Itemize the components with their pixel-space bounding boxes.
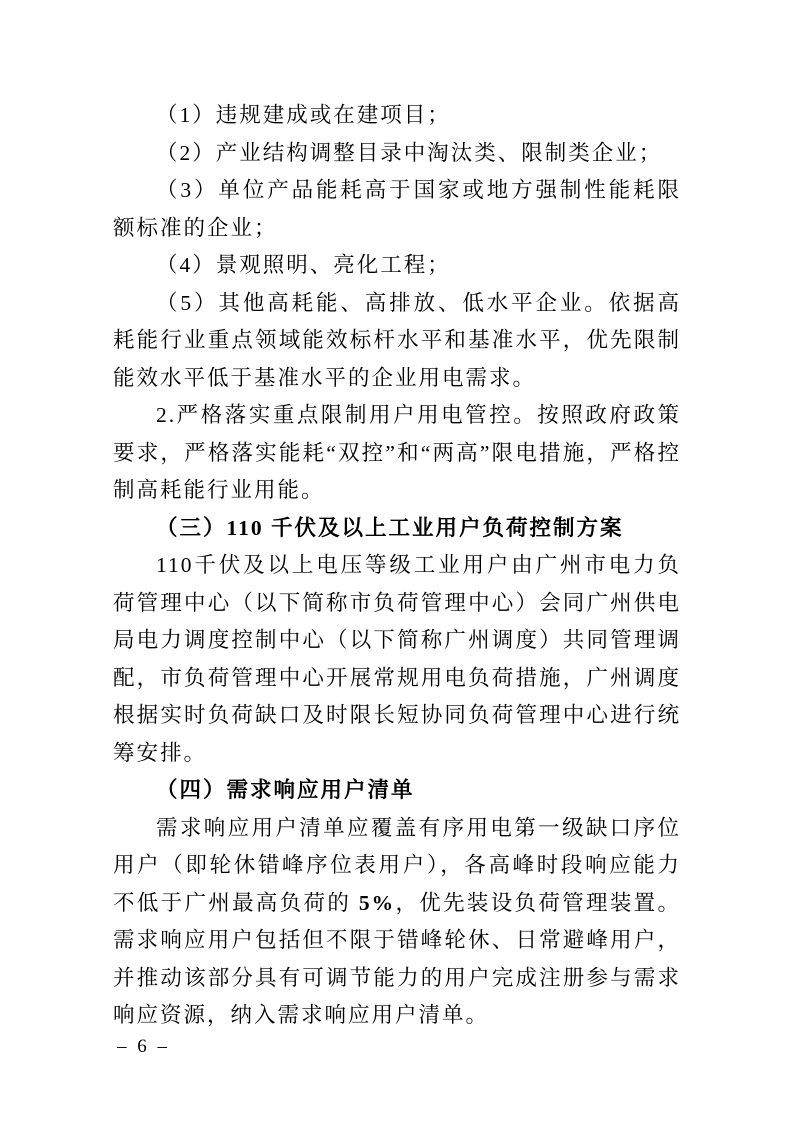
paragraph: 2.严格落实重点限制用户用电管控。按照政府政策要求，严格落实能耗“双控”和“两高… xyxy=(113,397,681,510)
text-run: （2）产业结构调整目录中淘汰类、限制类企业； xyxy=(156,141,662,165)
text-run: （5）其他高耗能、高排放、低水平企业。依据高耗能行业重点领域能效标杆水平和基准水… xyxy=(113,291,681,390)
text-run: （三）110 千伏及以上工业用户负荷控制方案 xyxy=(156,516,623,540)
paragraph: （5）其他高耗能、高排放、低水平企业。依据高耗能行业重点领域能效标杆水平和基准水… xyxy=(113,285,681,398)
emphasis-text: 5% xyxy=(359,891,395,915)
paragraph: 110千伏及以上电压等级工业用户由广州市电力负荷管理中心（以下简称市负荷管理中心… xyxy=(113,547,681,772)
text-run: 110千伏及以上电压等级工业用户由广州市电力负荷管理中心（以下简称市负荷管理中心… xyxy=(113,553,681,765)
document-body: （1）违规建成或在建项目；（2）产业结构调整目录中淘汰类、限制类企业；（3）单位… xyxy=(113,97,681,1035)
text-run: （4）景观照明、亮化工程； xyxy=(156,253,451,277)
paragraph: 需求响应用户清单应覆盖有序用电第一级缺口序位用户（即轮休错峰序位表用户），各高峰… xyxy=(113,810,681,1035)
document-page: （1）违规建成或在建项目；（2）产业结构调整目录中淘汰类、限制类企业；（3）单位… xyxy=(0,0,793,1122)
paragraph: （1）违规建成或在建项目； xyxy=(113,97,681,135)
section-heading: （三）110 千伏及以上工业用户负荷控制方案 xyxy=(113,510,681,548)
page-number: – 6 – xyxy=(117,1036,170,1058)
paragraph: （3）单位产品能耗高于国家或地方强制性能耗限额标准的企业； xyxy=(113,172,681,247)
section-heading: （四）需求响应用户清单 xyxy=(113,772,681,810)
paragraph: （4）景观照明、亮化工程； xyxy=(113,247,681,285)
text-run: （四）需求响应用户清单 xyxy=(156,778,415,802)
text-run: （1）违规建成或在建项目； xyxy=(156,103,451,127)
text-run: 2.严格落实重点限制用户用电管控。按照政府政策要求，严格落实能耗“双控”和“两高… xyxy=(113,403,681,502)
text-run: （3）单位产品能耗高于国家或地方强制性能耗限额标准的企业； xyxy=(113,178,681,240)
paragraph: （2）产业结构调整目录中淘汰类、限制类企业； xyxy=(113,135,681,173)
